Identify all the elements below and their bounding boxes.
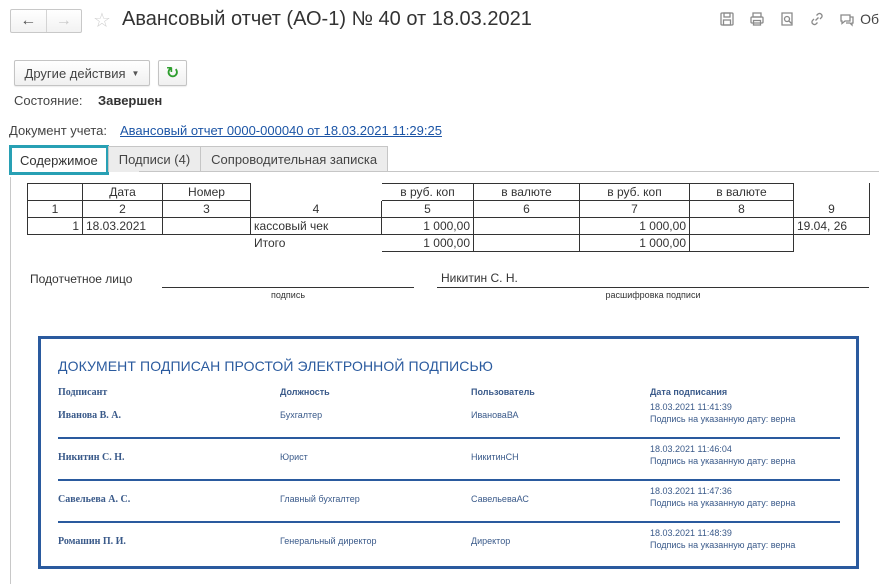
stamp-title: ДОКУМЕНТ ПОДПИСАН ПРОСТОЙ ЭЛЕКТРОННОЙ ПО… <box>58 358 493 374</box>
signer-position: Главный бухгалтер <box>280 494 360 504</box>
refresh-button[interactable]: ↻ <box>158 60 187 86</box>
signer-name: Ромашин П. И. <box>58 536 126 547</box>
state-label: Состояние: <box>14 93 82 108</box>
signer-position: Юрист <box>280 452 308 462</box>
sign-date: 18.03.2021 11:48:39 Подпись на указанную… <box>650 527 795 551</box>
cell: 19.04, 26 <box>794 218 870 235</box>
header-cell: Дата <box>83 184 163 201</box>
number-cell: 9 <box>794 201 870 218</box>
number-cell: 2 <box>83 201 163 218</box>
sign-status: Подпись на указанную дату: верна <box>650 413 795 425</box>
table-number-row: 1 2 3 4 5 6 7 8 9 <box>28 201 870 218</box>
sign-timestamp: 18.03.2021 11:41:39 <box>650 401 795 413</box>
refresh-icon: ↻ <box>166 63 179 83</box>
stamp-row: Ромашин П. И. Генеральный директор Дирек… <box>58 523 840 565</box>
print-icon[interactable] <box>748 10 766 28</box>
tab-signatures[interactable]: Подписи (4) <box>108 146 201 172</box>
discussion-icon[interactable] <box>838 10 856 28</box>
page-title: Авансовый отчет (АО-1) № 40 от 18.03.202… <box>122 8 532 31</box>
cell: 1 000,00 <box>382 218 474 235</box>
number-cell: 8 <box>690 201 794 218</box>
header-cell: в руб. коп <box>382 184 474 201</box>
cell: 18.03.2021 <box>83 218 163 235</box>
content-border <box>10 177 11 584</box>
save-icon[interactable] <box>718 10 736 28</box>
signer-position: Бухгалтер <box>280 410 322 420</box>
name-line <box>437 287 869 288</box>
header-cell: в валюте <box>690 184 794 201</box>
number-cell: 7 <box>580 201 690 218</box>
table-header-row: Дата Номер в руб. коп в валюте в руб. ко… <box>28 184 870 201</box>
signature-line <box>162 287 414 288</box>
sign-timestamp: 18.03.2021 11:48:39 <box>650 527 795 539</box>
signer-name: Иванова В. А. <box>58 410 121 421</box>
report-table: Дата Номер в руб. коп в валюте в руб. ко… <box>27 183 870 252</box>
sign-status: Подпись на указанную дату: верна <box>650 497 795 509</box>
sign-status: Подпись на указанную дату: верна <box>650 539 795 551</box>
stamp-row: Никитин С. Н. Юрист НикитинСН 18.03.2021… <box>58 439 840 481</box>
signer-user: ИвановаВА <box>471 410 519 420</box>
tab-cover-note[interactable]: Сопроводительная записка <box>200 146 388 172</box>
signature-stamp: ДОКУМЕНТ ПОДПИСАН ПРОСТОЙ ЭЛЕКТРОННОЙ ПО… <box>38 336 859 569</box>
header-toolbar: Об <box>718 10 879 28</box>
total-rub-1: 1 000,00 <box>382 235 474 252</box>
sign-status: Подпись на указанную дату: верна <box>650 455 795 467</box>
number-cell: 1 <box>28 201 83 218</box>
header-cell: в руб. коп <box>580 184 690 201</box>
signer-position: Генеральный директор <box>280 536 377 546</box>
sign-date: 18.03.2021 11:46:04 Подпись на указанную… <box>650 443 795 467</box>
signer-name: Савельева А. С. <box>58 494 130 505</box>
header-cell: Номер <box>163 184 251 201</box>
favorite-star-icon[interactable]: ☆ <box>93 8 111 33</box>
signer-name: Никитин С. Н. <box>58 452 125 463</box>
stamp-row: Иванова В. А. Бухгалтер ИвановаВА 18.03.… <box>58 397 840 439</box>
header-cell <box>28 184 83 201</box>
header-cell <box>251 184 382 201</box>
number-cell: 3 <box>163 201 251 218</box>
column-user: Пользователь <box>471 387 535 397</box>
signer-user: Директор <box>471 536 510 546</box>
column-sign-date: Дата подписания <box>650 387 727 397</box>
cell <box>163 218 251 235</box>
sign-date: 18.03.2021 11:41:39 Подпись на указанную… <box>650 401 795 425</box>
number-cell: 5 <box>382 201 474 218</box>
name-caption: расшифровка подписи <box>437 290 869 300</box>
other-actions-label: Другие действия <box>25 66 126 81</box>
total-label: Итого <box>251 235 382 252</box>
state-value: Завершен <box>98 93 162 108</box>
cell: 1 <box>28 218 83 235</box>
accounting-doc-link[interactable]: Авансовый отчет 0000-000040 от 18.03.202… <box>120 123 442 138</box>
number-cell: 6 <box>474 201 580 218</box>
arrow-left-icon: ← <box>20 12 36 30</box>
number-cell: 4 <box>251 201 382 218</box>
cell <box>474 218 580 235</box>
cell: кассовый чек <box>251 218 382 235</box>
total-rub-2: 1 000,00 <box>580 235 690 252</box>
caret-down-icon: ▼ <box>132 69 140 78</box>
sign-timestamp: 18.03.2021 11:47:36 <box>650 485 795 497</box>
forward-button[interactable]: → <box>47 10 82 32</box>
stamp-row: Савельева А. С. Главный бухгалтер Савель… <box>58 481 840 523</box>
more-text[interactable]: Об <box>860 11 879 27</box>
tab-divider <box>139 171 879 172</box>
other-actions-button[interactable]: Другие действия ▼ <box>14 60 150 86</box>
total-val-1 <box>474 235 580 252</box>
cell <box>690 218 794 235</box>
cell: 1 000,00 <box>580 218 690 235</box>
navigation-buttons: ← → <box>10 9 82 33</box>
signer-user: НикитинСН <box>471 452 519 462</box>
link-icon[interactable] <box>808 10 826 28</box>
sign-timestamp: 18.03.2021 11:46:04 <box>650 443 795 455</box>
column-position: Должность <box>280 387 330 397</box>
header-cell <box>794 184 870 201</box>
total-val-2 <box>690 235 794 252</box>
accounting-doc-label: Документ учета: <box>9 123 107 138</box>
back-button[interactable]: ← <box>11 10 47 32</box>
table-total-row: Итого 1 000,00 1 000,00 <box>28 235 870 252</box>
arrow-right-icon: → <box>56 12 72 30</box>
accountable-person-label: Подотчетное лицо <box>30 272 132 286</box>
sign-date: 18.03.2021 11:47:36 Подпись на указанную… <box>650 485 795 509</box>
tab-contents[interactable]: Содержимое <box>9 145 109 175</box>
header-cell: в валюте <box>474 184 580 201</box>
preview-icon[interactable] <box>778 10 796 28</box>
table-row: 1 18.03.2021 кассовый чек 1 000,00 1 000… <box>28 218 870 235</box>
signature-name: Никитин С. Н. <box>441 271 518 285</box>
signature-caption: подпись <box>162 290 414 300</box>
signer-user: СавельеваАС <box>471 494 529 504</box>
